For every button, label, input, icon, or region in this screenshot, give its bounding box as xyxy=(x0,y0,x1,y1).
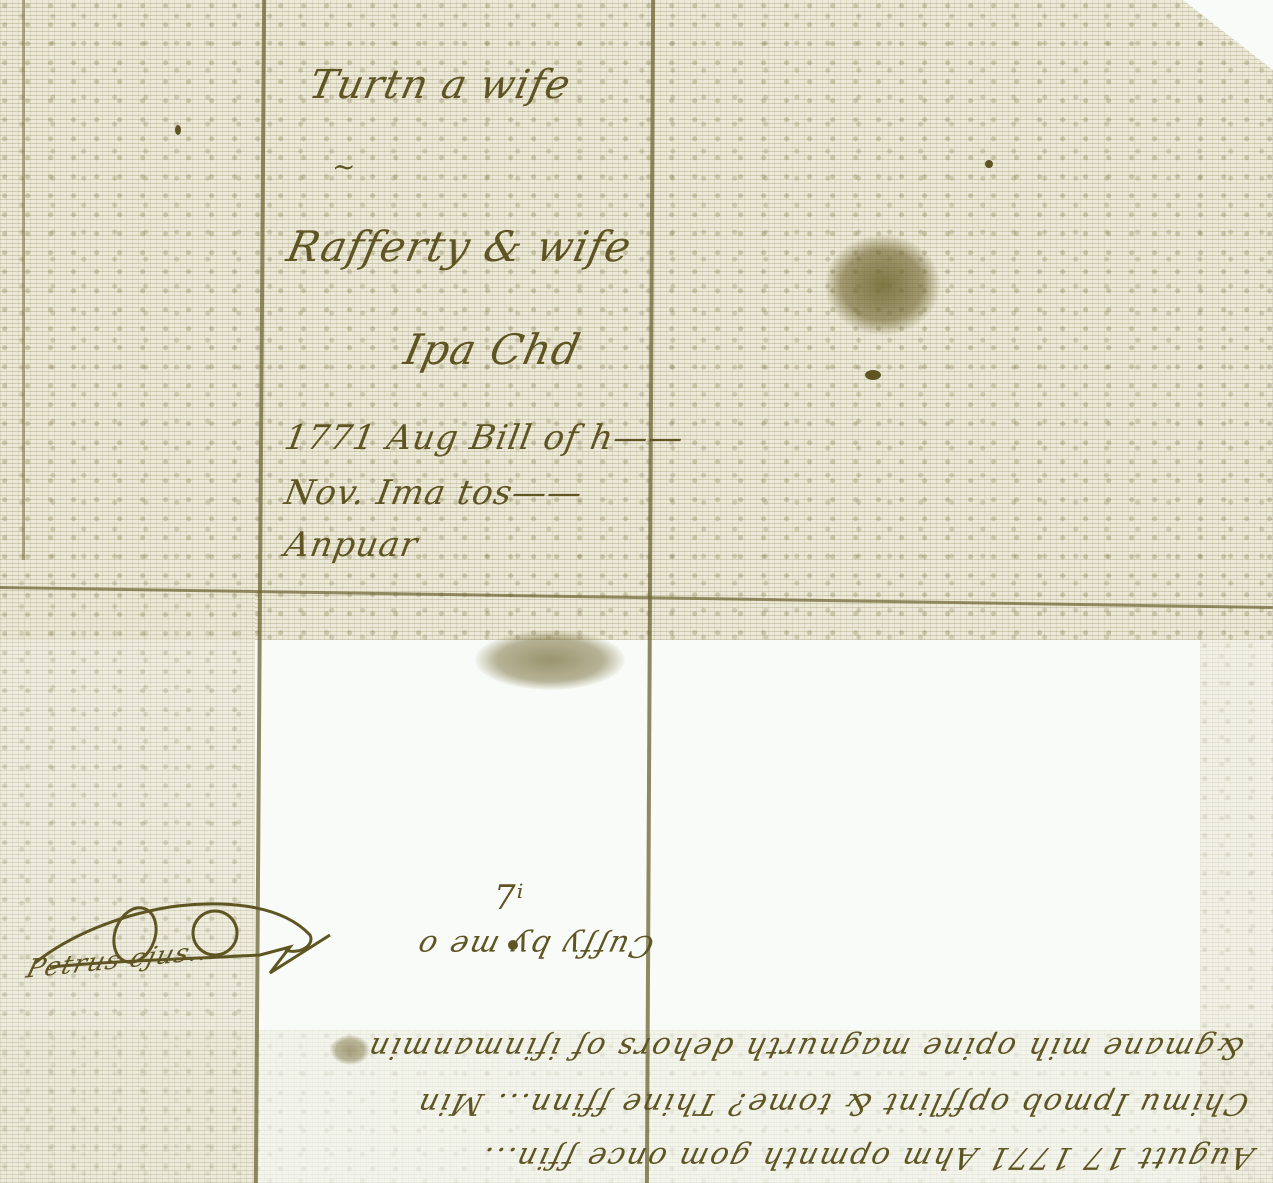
endorsement-line-4: 1771 Aug Bill of h—— xyxy=(281,418,687,458)
inverted-line-3: Chimu Ipmob opfflint & tome? Thine ffinn… xyxy=(413,1086,1253,1121)
endorsement-line-2: Rafferty & wife xyxy=(283,222,637,271)
ink-blot xyxy=(865,370,881,380)
endorsement-line-5: Nov. Ima tos—— xyxy=(281,473,585,513)
inverted-line-1: Cuffy by me o xyxy=(412,928,657,963)
manuscript-page: Turtn a wife ~ Rafferty & wife Ipa Chd 1… xyxy=(0,0,1273,1183)
endorsement-line-1: Turtn a wife xyxy=(305,62,575,108)
fold-line-left-edge xyxy=(22,0,25,560)
inverted-line-2: &gmane mih opine magnurth dehors of ifin… xyxy=(363,1030,1247,1065)
ink-stain-upper-right xyxy=(825,235,940,335)
ink-stain-center xyxy=(475,630,625,690)
inverted-line-4: Augutt 17 1771 Ahm opmnth gom once ffin.… xyxy=(477,1140,1258,1175)
inverted-text-block: Cuffy by me o &gmane mih opine magnurth … xyxy=(0,890,1273,1183)
ink-blot xyxy=(175,125,181,135)
endorsement-separator: ~ xyxy=(332,150,356,183)
endorsement-line-3: Ipa Chd xyxy=(400,325,585,374)
torn-corner xyxy=(1183,0,1273,70)
ink-blot xyxy=(985,160,993,168)
endorsement-line-6: Anpuar xyxy=(281,525,421,565)
paper-texture-top xyxy=(0,0,1273,640)
